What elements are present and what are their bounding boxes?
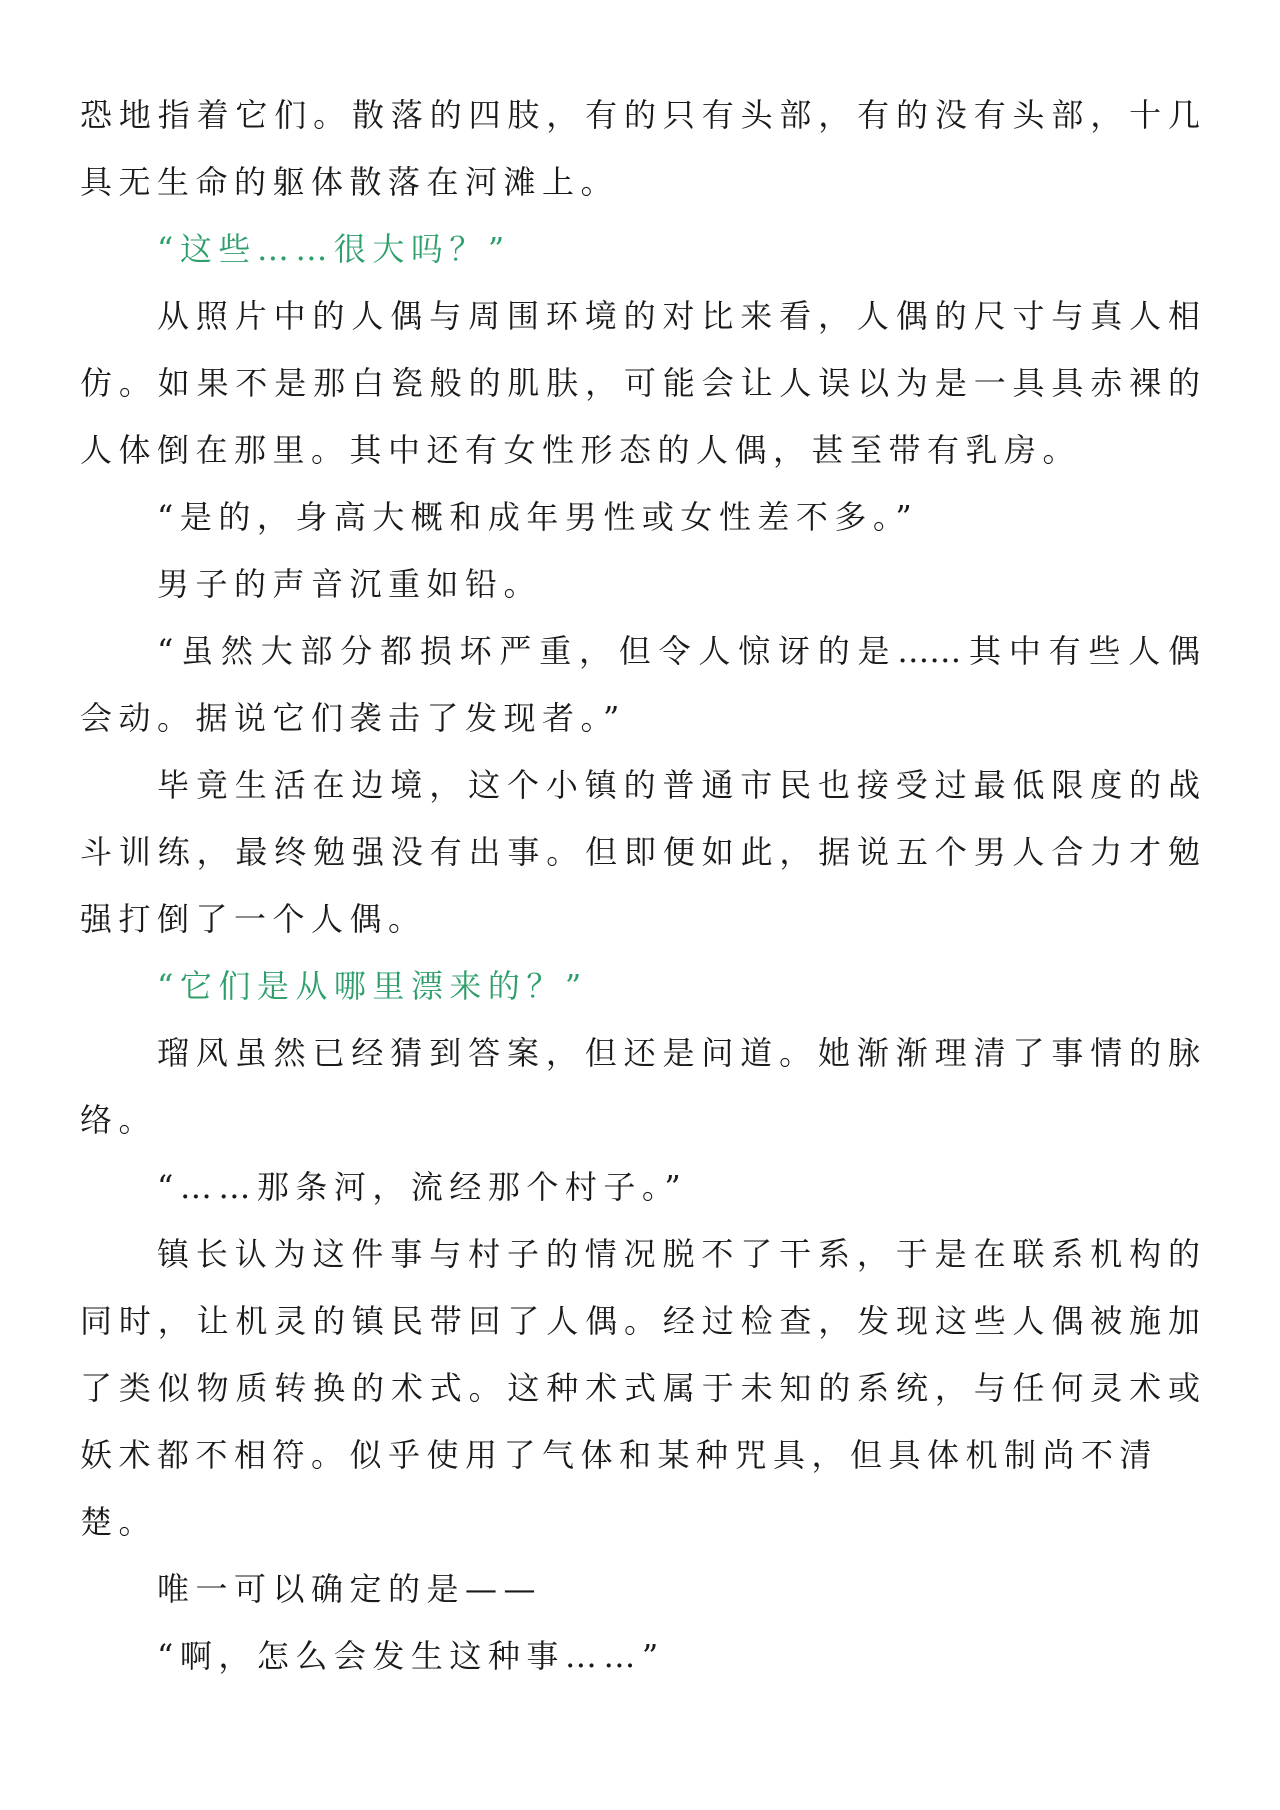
dialogue-line: 会动。据说它们袭击了发现者。” xyxy=(80,685,1200,752)
text-line: 楚。 xyxy=(80,1489,1200,1556)
text-line: 男子的声音沉重如铅。 xyxy=(157,551,1200,618)
text-line: 瑠风虽然已经猜到答案，但还是问道。她渐渐理清了事情的脉 xyxy=(157,1020,1200,1087)
text-line: 妖术都不相符。似乎使用了气体和某种咒具，但具体机制尚不清 xyxy=(80,1422,1200,1489)
text-line: 强打倒了一个人偶。 xyxy=(80,886,1200,953)
text-line: 同时，让机灵的镇民带回了人偶。经过检查，发现这些人偶被施加 xyxy=(80,1288,1200,1355)
dialogue-line-highlighted: “它们是从哪里漂来的？” xyxy=(157,953,1200,1020)
dialogue-line-highlighted: “这些……很大吗？” xyxy=(157,216,1200,283)
text-line: 络。 xyxy=(80,1087,1200,1154)
dialogue-line: “是的，身高大概和成年男性或女性差不多。” xyxy=(157,484,1200,551)
text-line: 仿。如果不是那白瓷般的肌肤，可能会让人误以为是一具具赤裸的 xyxy=(80,350,1200,417)
document-page: 恐地指着它们。散落的四肢，有的只有头部，有的没有头部，十几 具无生命的躯体散落在… xyxy=(0,0,1280,1810)
text-line: 毕竟生活在边境，这个小镇的普通市民也接受过最低限度的战 xyxy=(157,752,1200,819)
text-line: 斗训练，最终勉强没有出事。但即便如此，据说五个男人合力才勉 xyxy=(80,819,1200,886)
text-line: 唯一可以确定的是—— xyxy=(157,1556,1200,1623)
text-line: 人体倒在那里。其中还有女性形态的人偶，甚至带有乳房。 xyxy=(80,417,1200,484)
text-line: 从照片中的人偶与周围环境的对比来看，人偶的尺寸与真人相 xyxy=(157,283,1200,350)
text-line: 具无生命的躯体散落在河滩上。 xyxy=(80,149,1200,216)
dialogue-line: “……那条河，流经那个村子。” xyxy=(157,1154,1200,1221)
dialogue-line: “虽然大部分都损坏严重，但令人惊讶的是……其中有些人偶 xyxy=(157,618,1200,685)
text-line: 恐地指着它们。散落的四肢，有的只有头部，有的没有头部，十几 xyxy=(80,82,1200,149)
text-line: 了类似物质转换的术式。这种术式属于未知的系统，与任何灵术或 xyxy=(80,1355,1200,1422)
text-line: 镇长认为这件事与村子的情况脱不了干系，于是在联系机构的 xyxy=(157,1221,1200,1288)
dialogue-line: “啊，怎么会发生这种事……” xyxy=(157,1623,1200,1690)
